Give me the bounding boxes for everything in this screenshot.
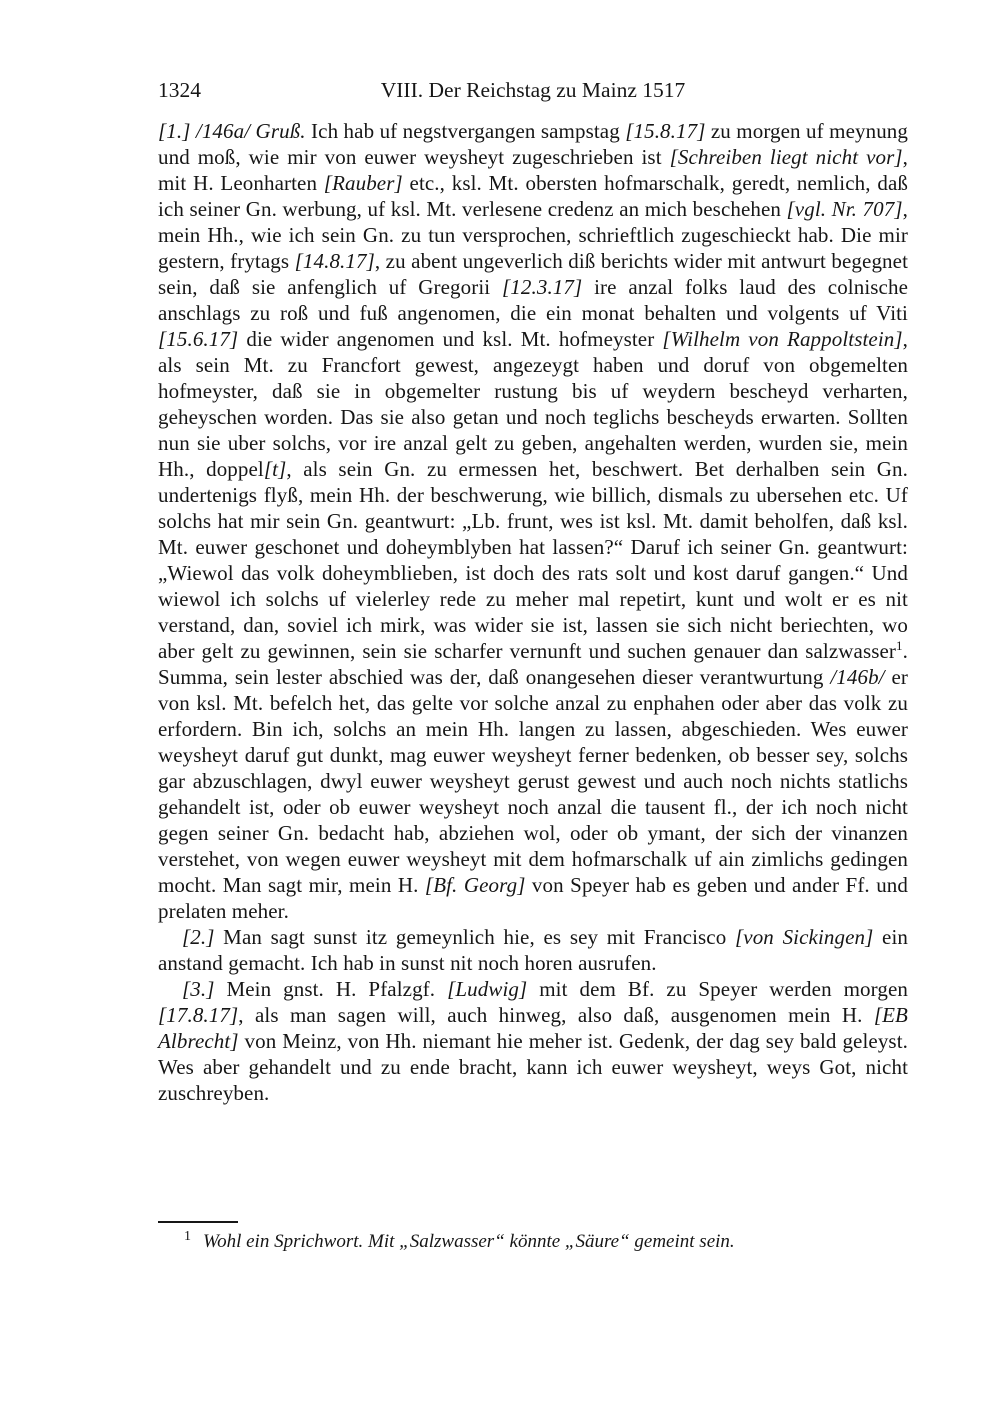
body-text: mit dem Bf. zu Speyer werden morgen <box>527 977 908 1001</box>
editorial-insertion: [Schreiben liegt nicht vor] <box>670 145 903 169</box>
footnote-separator-rule <box>158 1221 238 1223</box>
book-page: 1324 VIII. Der Reichstag zu Mainz 1517 [… <box>0 0 1004 1418</box>
editorial-insertion: [3.] <box>182 977 215 1001</box>
body-text: Man sagt sunst itz gemeynlich hie, es se… <box>215 925 736 949</box>
page-number: 1324 <box>158 78 201 102</box>
running-title: VIII. Der Reichstag zu Mainz 1517 <box>158 78 908 102</box>
editorial-insertion: /146b/ <box>830 665 884 689</box>
footnote: 1Wohl ein Sprichwort. Mit „Salzwasser“ k… <box>158 1230 908 1254</box>
paragraph-3: [3.] Mein gnst. H. Pfalzgf. [Ludwig] mit… <box>158 976 908 1106</box>
body-text: , als sein Gn. zu ermessen het, beschwer… <box>158 457 908 663</box>
editorial-insertion: [t] <box>264 457 286 481</box>
editorial-insertion: [Rauber] <box>324 171 403 195</box>
editorial-insertion: [von Sickingen] <box>735 925 873 949</box>
paragraph-1: [1.] /146a/ Gruß. Ich hab uf negstvergan… <box>158 118 908 924</box>
editorial-insertion: [vgl. Nr. 707] <box>787 197 903 221</box>
editorial-insertion: [15.8.17] <box>625 119 705 143</box>
body-text: von Meinz, von Hh. niemant hie meher ist… <box>158 1029 908 1105</box>
editorial-insertion: [2.] <box>182 925 215 949</box>
footnote-text: Wohl ein Sprichwort. Mit „Salzwasser“ kö… <box>203 1231 735 1252</box>
editorial-insertion: [Wilhelm von Rappoltstein] <box>662 327 902 351</box>
editorial-insertion: [14.8.17] <box>295 249 375 273</box>
footnote-marker: 1 <box>184 1229 191 1244</box>
editorial-insertion: [17.8.17] <box>158 1003 238 1027</box>
body-text: Mein gnst. H. Pfalzgf. <box>215 977 448 1001</box>
paragraph-2: [2.] Man sagt sunst itz gemeynlich hie, … <box>158 924 908 976</box>
editorial-insertion: [12.3.17] <box>502 275 582 299</box>
editorial-insertion: [1.] /146a/ Gruß. <box>158 119 306 143</box>
body-text: er von ksl. Mt. befelch het, das gelte v… <box>158 665 908 897</box>
editorial-insertion: [15.6.17] <box>158 327 238 351</box>
main-text-block: [1.] /146a/ Gruß. Ich hab uf negstvergan… <box>158 118 908 1106</box>
body-text: die wider angenomen und ksl. Mt. hofmeys… <box>238 327 662 351</box>
editorial-insertion: [Ludwig] <box>447 977 527 1001</box>
body-text: , als man sagen will, auch hinweg, also … <box>238 1003 874 1027</box>
page-header: 1324 VIII. Der Reichstag zu Mainz 1517 <box>158 78 908 102</box>
editorial-insertion: [Bf. Georg] <box>425 873 526 897</box>
footnote-area: 1Wohl ein Sprichwort. Mit „Salzwasser“ k… <box>158 1221 908 1254</box>
footnote-reference: 1 <box>896 638 903 653</box>
body-text: Ich hab uf negstvergangen sampstag <box>306 119 626 143</box>
